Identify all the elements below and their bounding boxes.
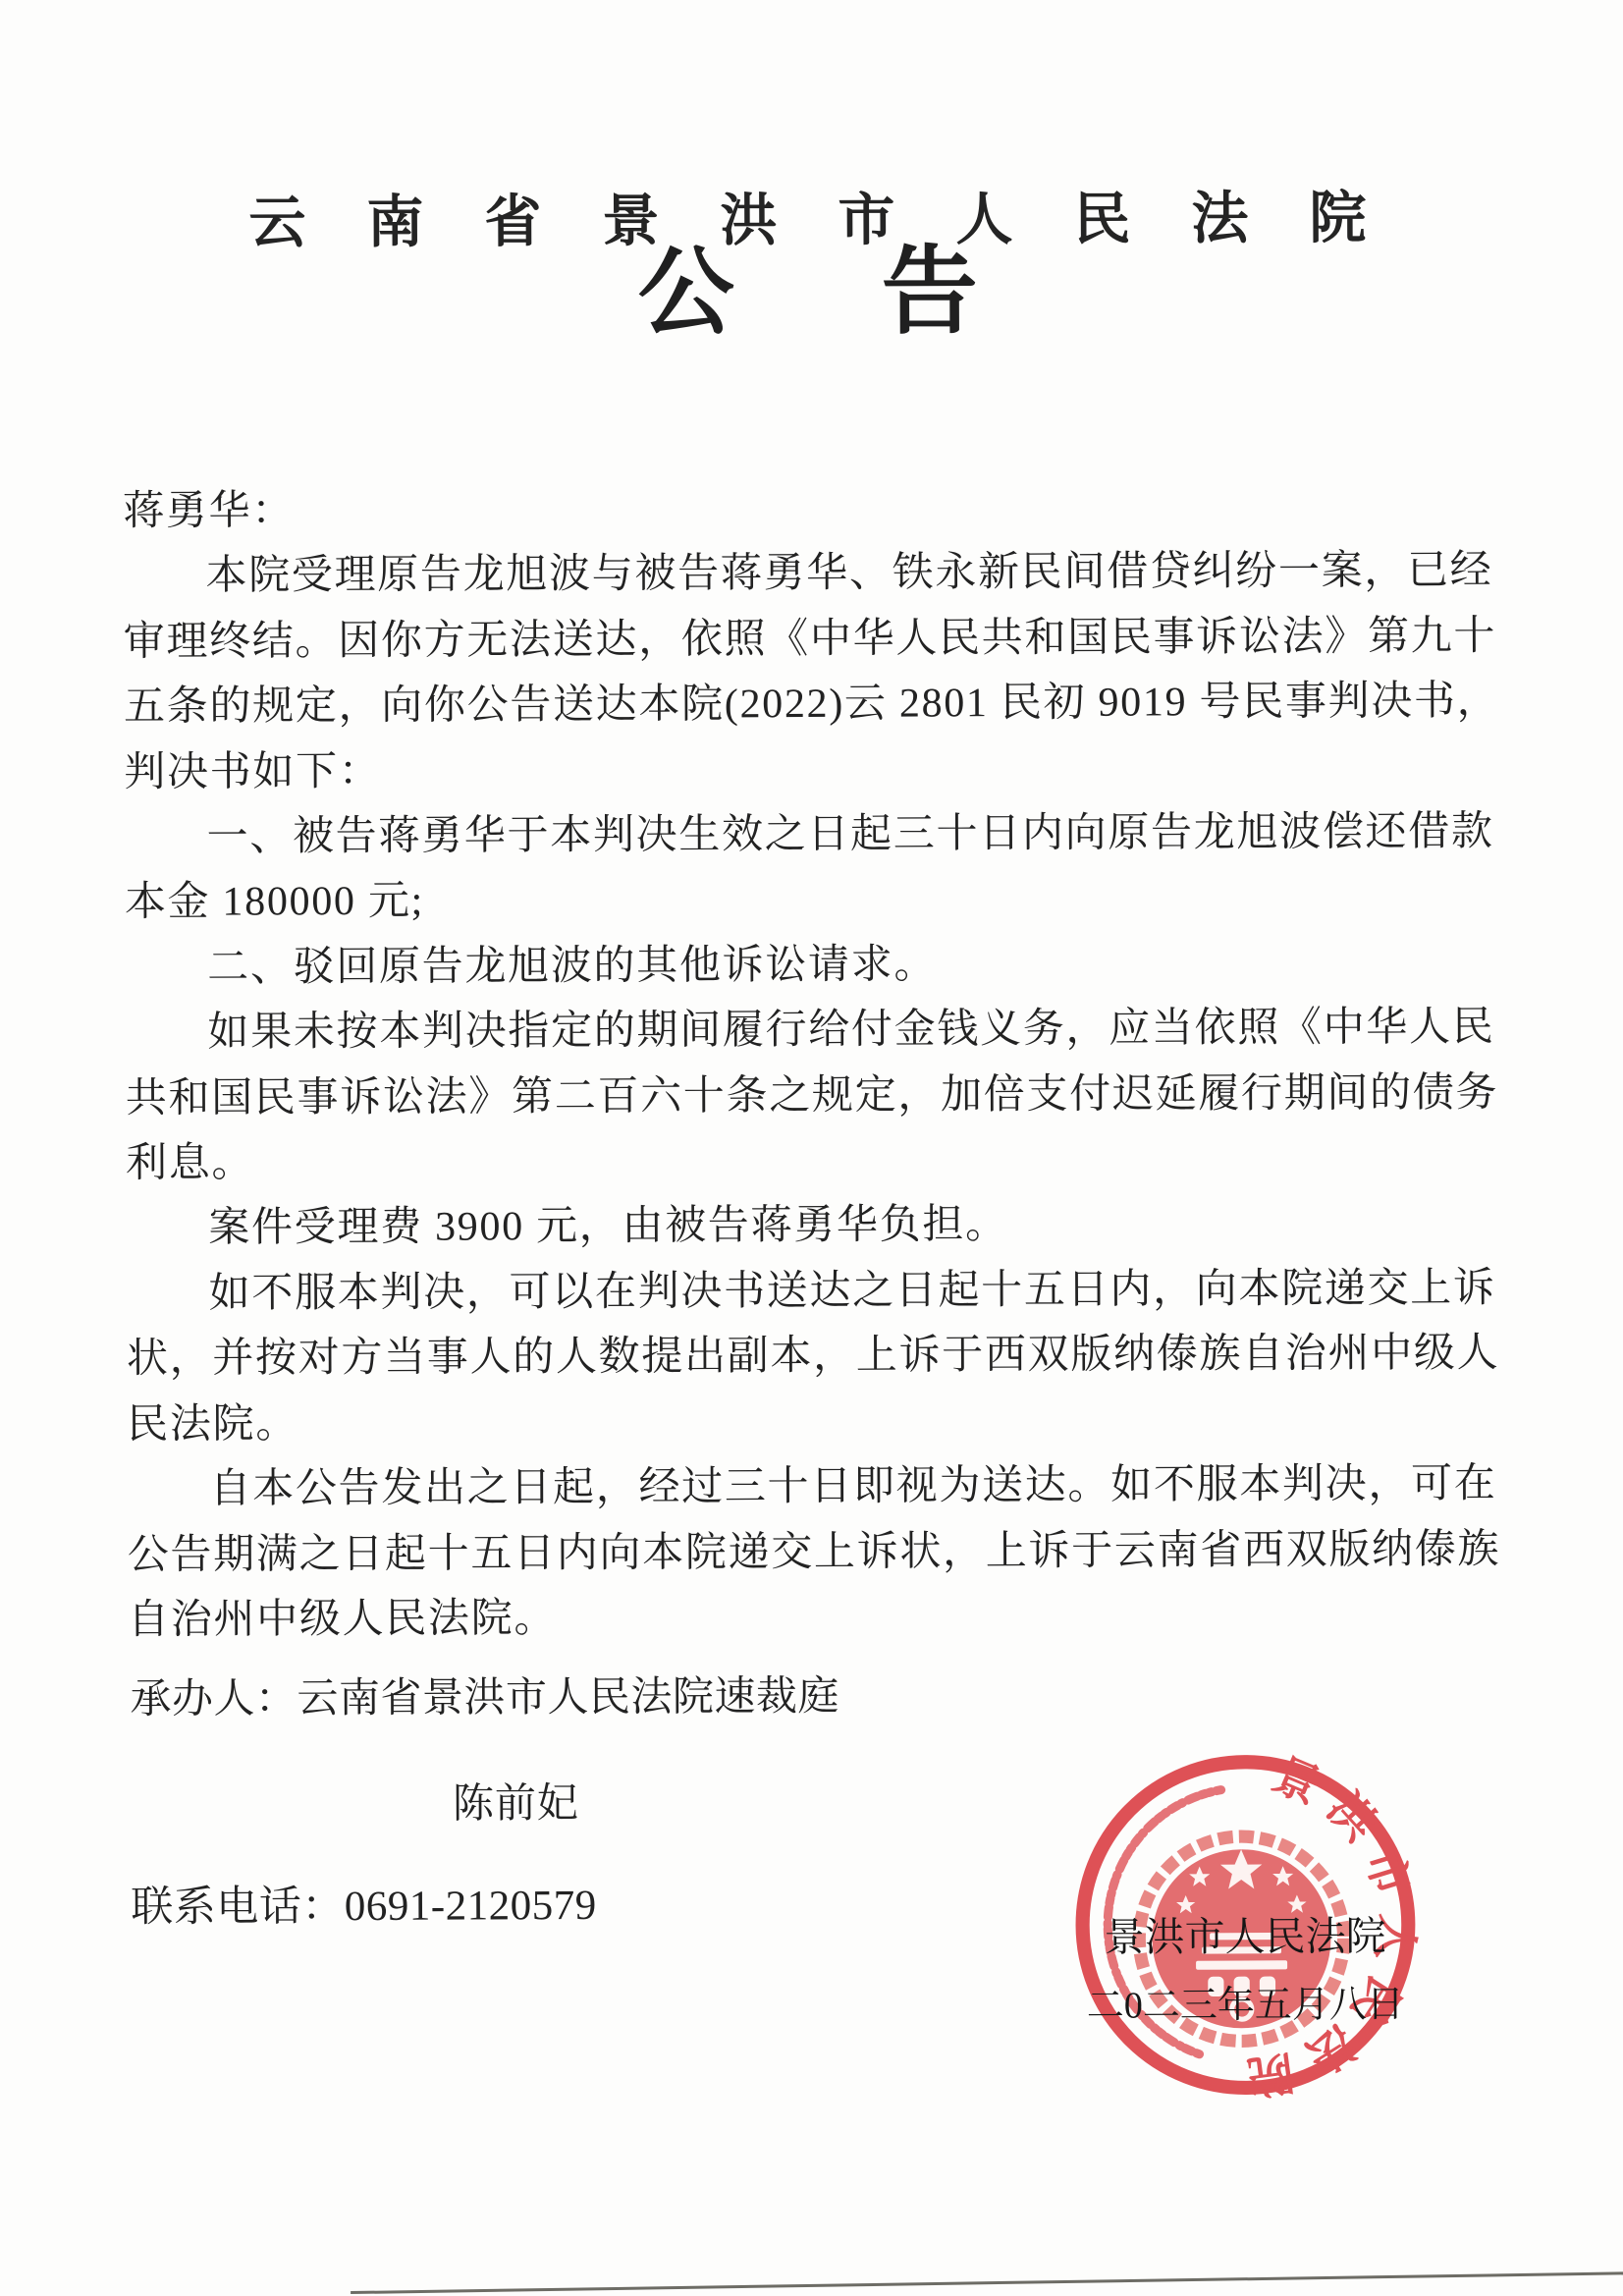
scan-edge-artifact — [351, 2271, 1623, 2294]
body-line: 如果未按本判决指定的期间履行给付金钱义务，应当依照《中华人民 — [125, 995, 1507, 1066]
contact-phone-line: 联系电话：0691-2120579 — [131, 1872, 597, 1934]
recipient-line: 蒋勇华： — [123, 473, 1505, 545]
body-line: 一、被告蒋勇华于本判决生效之日起三十日内向原告龙旭波偿还借款 — [124, 799, 1506, 871]
handler-name: 陈前妃 — [453, 1771, 579, 1831]
body-line: 状，并按对方当事人的人数提出副本，上诉于西双版纳傣族自治州中级人 — [127, 1321, 1509, 1393]
body-line: 公告期满之日起十五日内向本院递交上诉状，上诉于云南省西双版纳傣族 — [128, 1516, 1510, 1588]
announcement-body: 蒋勇华： 本院受理原告龙旭波与被告蒋勇华、铁永新民间借贷纠纷一案，已经 审理终结… — [123, 473, 1510, 1653]
body-line: 二、驳回原告龙旭波的其他诉讼请求。 — [125, 930, 1507, 1002]
body-line: 共和国民事诉讼法》第二百六十条之规定，加倍支付迟延履行期间的债务 — [126, 1061, 1508, 1132]
body-line: 民法院。 — [127, 1387, 1509, 1458]
body-line: 利息。 — [126, 1125, 1508, 1197]
body-line: 五条的规定，向你公告送达本院(2022)云 2801 民初 9019 号民事判决… — [124, 669, 1506, 740]
page-title: 公告 — [0, 238, 1619, 349]
body-line: 本院受理原告龙旭波与被告蒋勇华、铁永新民间借贷纠纷一案，已经 — [123, 538, 1505, 610]
seal-date-overlay: 二0二三年五月八日 — [1037, 1973, 1454, 2029]
body-line: 如不服本判决，可以在判决书送达之日起十五日内，向本院递交上诉 — [126, 1256, 1508, 1328]
body-line: 案件受理费 3900 元，由被告蒋勇华负担。 — [126, 1190, 1508, 1262]
body-line: 自本公告发出之日起，经过三十日即视为送达。如不服本判决，可在 — [127, 1451, 1509, 1523]
handler-line: 承办人：云南省景洪市人民法院速裁庭 — [130, 1664, 839, 1725]
court-seal: 景洪市人民法院 — [1068, 1747, 1424, 2103]
body-line: 本金 180000 元; — [125, 864, 1507, 936]
body-line: 判决书如下： — [124, 735, 1506, 806]
body-line: 审理终结。因你方无法送达，依照《中华人民共和国民事诉讼法》第九十 — [124, 604, 1506, 676]
announcement-document-page: 云南省景洪市人民法院 公告 蒋勇华： 本院受理原告龙旭波与被告蒋勇华、铁永新民间… — [0, 0, 1623, 2296]
scanned-content: 云南省景洪市人民法院 公告 蒋勇华： 本院受理原告龙旭波与被告蒋勇华、铁永新民间… — [0, 0, 1623, 2296]
seal-court-name-overlay: 景洪市人民法院 — [1055, 1903, 1434, 1963]
body-line: 自治州中级人民法院。 — [128, 1582, 1510, 1654]
